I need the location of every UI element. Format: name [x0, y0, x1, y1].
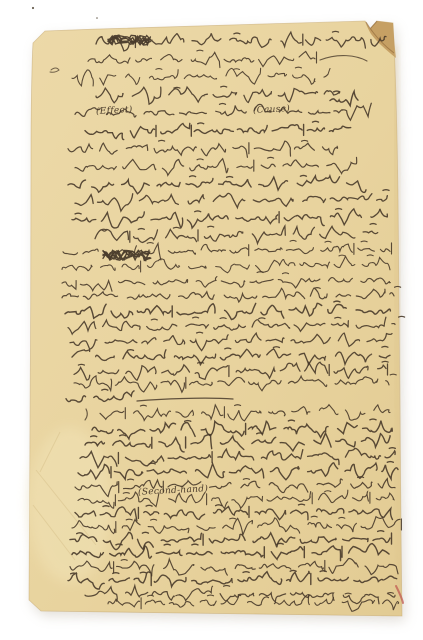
paper-worn-patch	[28, 427, 112, 583]
manuscript-photo: (Effect) (Cause) (Second-hand)	[0, 0, 423, 640]
manuscript-scene	[0, 0, 423, 640]
dust-speck	[32, 7, 34, 9]
dust-speck	[96, 17, 98, 19]
